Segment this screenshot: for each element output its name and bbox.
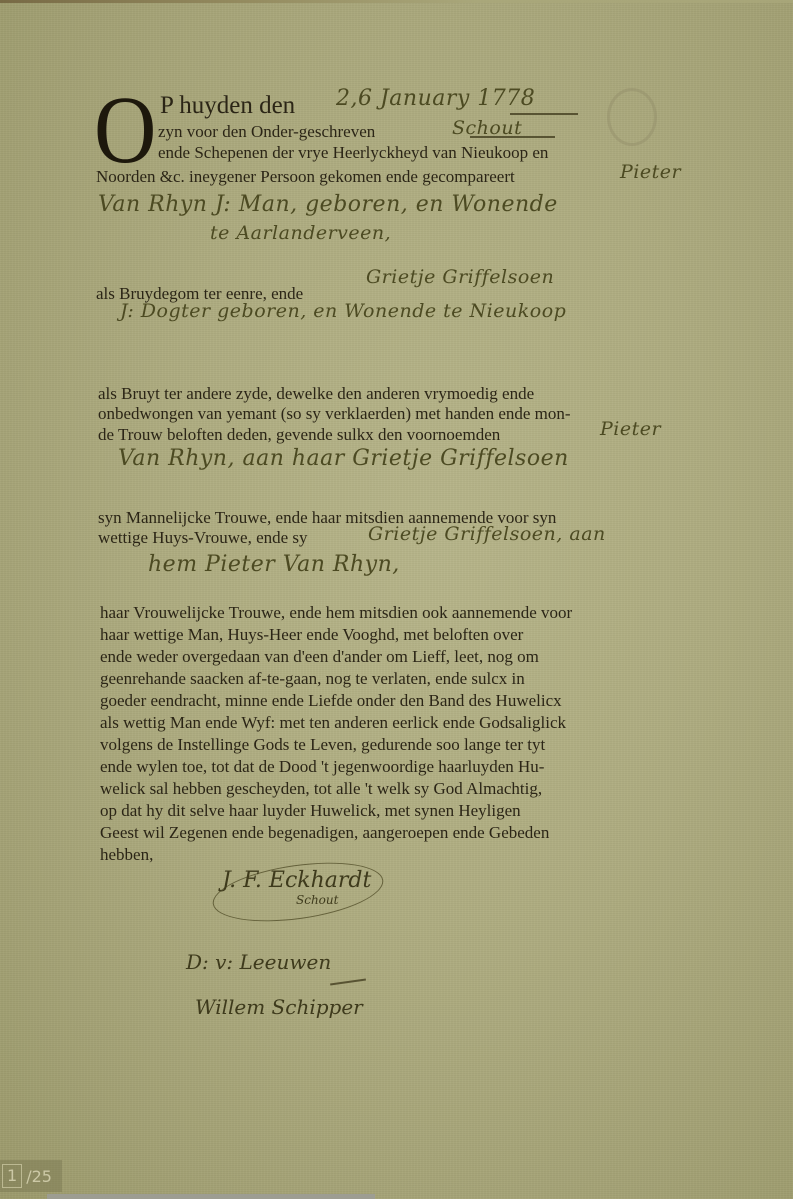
- handwritten-groom-name: hem Pieter Van Rhyn,: [148, 552, 400, 577]
- signature-underline: [330, 979, 366, 985]
- drop-cap: O: [94, 82, 155, 178]
- printed-line: ende weder overgedaan van d'een d'ander …: [100, 647, 539, 667]
- printed-line: wettige Huys-Vrouwe, ende sy: [98, 528, 308, 548]
- printed-line: ende Schepenen der vrye Heerlyckheyd van…: [158, 143, 548, 163]
- paper-stain: [607, 88, 657, 146]
- total-pages: /25: [26, 1167, 52, 1186]
- document-page: O P huyden den 2,6 January 1778 zyn voor…: [0, 0, 793, 1199]
- printed-line: P huyden den: [160, 92, 295, 120]
- handwritten-bride-name: Grietje Griffelsoen: [366, 266, 554, 288]
- printed-line: de Trouw beloften deden, gevende sulkx d…: [98, 425, 500, 445]
- handwritten-bride-name: Grietje Griffelsoen, aan: [368, 523, 606, 545]
- signature-schout-title: Schout: [296, 893, 338, 907]
- printed-line: als Bruyt ter andere zyde, dewelke den a…: [98, 384, 534, 404]
- handwritten-groom-residence: te Aarlanderveen,: [210, 222, 391, 244]
- printed-line: als wettig Man ende Wyf: met ten anderen…: [100, 713, 566, 733]
- printed-line: volgens de Instellinge Gods te Leven, ge…: [100, 735, 545, 755]
- page-indicator[interactable]: 1 /25: [0, 1160, 62, 1192]
- printed-line: welick sal hebben gescheyden, tot alle '…: [100, 779, 542, 799]
- title-strikethrough: [470, 136, 555, 138]
- handwritten-groom-firstname: Pieter: [600, 418, 661, 440]
- handwritten-groom-details: Van Rhyn J: Man, geboren, en Wonende: [98, 192, 558, 217]
- printed-line: Geest wil Zegenen ende begenadigen, aang…: [100, 823, 549, 843]
- image-viewer: O P huyden den 2,6 January 1778 zyn voor…: [0, 0, 793, 1199]
- handwritten-date: 2,6 January 1778: [336, 86, 535, 111]
- printed-line: geenrehande saacken af-te-gaan, nog te v…: [100, 669, 525, 689]
- signature-schout: J. F. Eckhardt: [222, 868, 371, 893]
- signature-witness-2: Willem Schipper: [195, 995, 363, 1019]
- printed-line: goeder eendracht, minne ende Liefde onde…: [100, 691, 562, 711]
- printed-line: Noorden &c. ineygener Persoon gekomen en…: [96, 167, 515, 187]
- handwritten-couple-names: Van Rhyn, aan haar Grietje Griffelsoen: [118, 446, 569, 471]
- signature-witness-1: D: v: Leeuwen: [186, 950, 331, 974]
- date-underline: [510, 113, 578, 115]
- printed-line: hebben,: [100, 845, 153, 865]
- printed-line: haar Vrouwelijcke Trouwe, ende hem mitsd…: [100, 603, 572, 623]
- progress-bar[interactable]: [47, 1194, 375, 1199]
- printed-line: haar wettige Man, Huys-Heer ende Vooghd,…: [100, 625, 523, 645]
- printed-line: ende wylen toe, tot dat de Dood 't jegen…: [100, 757, 544, 777]
- printed-line: onbedwongen van yemant (so sy verklaerde…: [98, 404, 571, 424]
- printed-line: zyn voor den Onder-geschreven: [158, 122, 375, 142]
- handwritten-bride-details: J: Dogter geboren, en Wonende te Nieukoo…: [120, 300, 566, 322]
- handwritten-groom-firstname: Pieter: [620, 161, 681, 183]
- current-page-number[interactable]: 1: [2, 1164, 22, 1188]
- printed-line: op dat hy dit selve haar luyder Huwelick…: [100, 801, 521, 821]
